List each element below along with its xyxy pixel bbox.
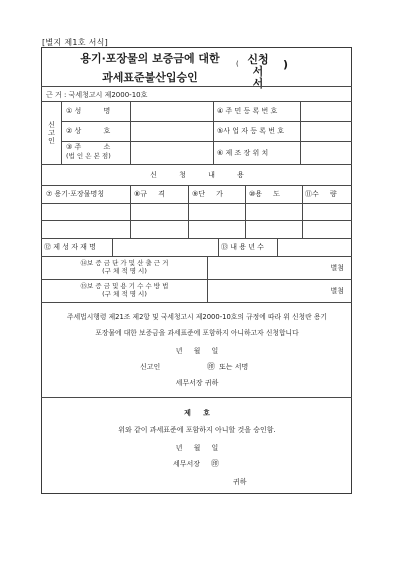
col-spec: ⑧ 규 격 [134,185,186,203]
title-line1: 용기·포장물의 보증금에 대한 [70,50,230,66]
declaration-line1: 주세법시행령 제21조 제2항 및 국세청고시 제2000-10호의 규정에 따… [42,311,352,321]
approval-number: 제 호 [42,408,352,418]
deposit-method-sub: (구 체 적 명 시) [42,290,207,298]
name-num: ① [66,107,72,115]
trade-text: 상 호 [75,126,111,136]
trade-name-label: ② 상 호 [66,121,126,141]
approval-addressee: 귀하 [233,477,247,487]
factory-location-field[interactable] [301,142,351,164]
factory-location-label: ⑥ 제 조 장 위 치 [217,141,299,164]
name-field[interactable] [131,102,212,121]
factory-num: ⑥ [217,149,223,157]
row2-container-name[interactable] [42,221,129,237]
declaration-date: 년 월 일 [42,346,352,356]
divider [61,101,62,164]
divider [41,302,352,303]
approval-text: 위와 같이 과세표준에 포함하지 아니할 것을 승인함. [42,425,352,435]
deposit-method-title: ⑮보 증 금 및 용 기 수 수 방 법 [42,282,207,290]
trade-name-field[interactable] [131,122,212,141]
signer-label: 신고인 [140,362,160,372]
col-label: 용 도 [255,189,280,199]
deposit-basis-value[interactable]: 별첨 [208,256,344,279]
name-label: ① 성 명 [66,101,126,121]
business-number-label: ⑤사 업 자 등 록 번 호 [217,121,299,141]
address-field[interactable] [131,142,212,164]
col-usage: ⑩ 용 도 [249,185,301,203]
row1-quantity[interactable] [303,204,351,220]
col-label: 단 가 [198,189,223,199]
deposit-method-value[interactable]: 별첨 [208,279,344,302]
divider [41,397,352,398]
col-num: ⑪ [305,189,312,199]
col-label: 규 격 [140,189,165,199]
divider [41,86,352,87]
address-label: ③ 주 소 (법 인 은 본 점) [66,143,128,161]
row1-container-name[interactable] [42,204,129,220]
sign-text: 또는 서명 [219,362,248,372]
deposit-basis-title: ⑭보 증 금 단 가 및 산 출 근 거 [42,259,207,267]
address-text: 주 소 [75,143,111,151]
business-text: 사 업 자 등 록 번 호 [223,126,284,136]
col-quantity: ⑪ 수 량 [305,185,351,203]
resident-text: 주 민 등 록 번 호 [226,106,278,116]
name-text: 성 명 [75,106,111,116]
row1-unit-price[interactable] [189,204,244,220]
title-suffix: 신청서 서 [243,54,273,90]
deposit-basis-sub: (구 체 적 명 시) [42,267,207,275]
row2-unit-price[interactable] [189,221,244,237]
section-title-application: 신 청 내 용 [42,164,352,185]
trade-num: ② [66,127,72,135]
row2-usage[interactable] [246,221,301,237]
title-suffix-line2: 서 [243,78,273,90]
row1-usage[interactable] [246,204,301,220]
title-line2: 과세표준불산입승인 [70,69,230,85]
deposit-basis-label: ⑭보 증 금 단 가 및 산 출 근 거 (구 체 적 명 시) [42,259,207,275]
row2-quantity[interactable] [303,221,351,237]
applicant-group-label: 신고인 [42,101,61,164]
title-paren-open: ( [236,60,239,68]
approval-date: 년 월 일 [42,443,352,453]
maker-label: ⑫ 제 성 자 재 명 [44,238,110,256]
maker-field[interactable] [113,239,217,255]
approval-seal-icon: ㊞ [211,458,219,469]
declaration-addressee: 세무서장 귀하 [42,378,352,388]
row1-spec[interactable] [131,204,187,220]
divider [218,238,219,256]
business-number-field[interactable] [301,122,351,141]
row2-spec[interactable] [131,221,187,237]
declaration-line2: 포장물에 대한 보증금을 과세표준에 포함하지 아니하고자 신청합니다 [42,327,352,337]
seal-icon: ㊞ [207,361,215,372]
factory-text: 제 조 장 위 치 [226,148,269,158]
resident-num: ④ [217,107,223,115]
col-unit-price: ⑨ 단 가 [192,185,244,203]
address-num: ③ [66,143,72,151]
title-paren-close: ) [283,58,288,71]
title-suffix-line1: 신청서 [243,54,273,78]
resident-number-label: ④ 주 민 등 록 번 호 [217,101,299,121]
col-label: 용기·포장물명칭 [55,189,105,199]
service-years-label: ⑬ 내 용 년 수 [221,238,276,256]
approval-officer: 세무서장 [173,459,200,469]
divider [213,101,214,164]
col-label: 수 량 [312,189,337,199]
col-container-name: ⑦ 용기·포장물명칭 [46,185,128,203]
legal-basis: 근 거 : 국세청고시 제2000-10호 [46,90,147,100]
col-num: ⑦ [46,190,52,198]
address-sub: (법 인 은 본 점) [66,152,128,161]
deposit-method-label: ⑮보 증 금 및 용 기 수 수 방 법 (구 체 적 명 시) [42,282,207,298]
resident-number-field[interactable] [301,102,351,121]
service-years-field[interactable] [278,239,351,255]
